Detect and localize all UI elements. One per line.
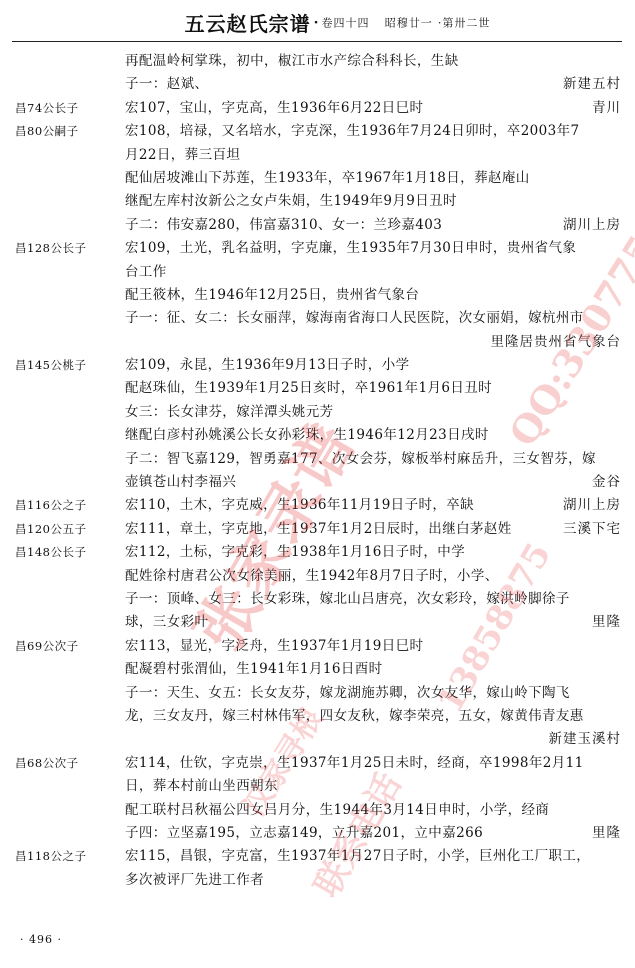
entry-text: 台工作 [125, 261, 167, 284]
genealogy-entries: 再配温岭柯掌珠，初中，椒江市水产综合科科长，生缺 子一：赵斌、新建五村 昌74公… [0, 50, 635, 892]
generation-relation: 昌68公次子 [15, 752, 79, 775]
entry-line: 昌128公长子宏109，土光，乳名益明，字克廉，生1935年7月30日申时，贵州… [0, 237, 635, 260]
entry-text: 子四：立坚嘉195，立志嘉149，立升嘉201，立中嘉266 [125, 822, 483, 845]
entry-line: 子二：智飞嘉129，智勇嘉177、次女会芬，嫁板举村麻岳升，三女智芬，嫁 [0, 448, 635, 471]
header-separator: · [314, 15, 319, 31]
residence-place: 青川 [592, 97, 621, 120]
entry-line: 昌69公次子宏113，显光，字泛舟，生1937年1月19日巳时 [0, 635, 635, 658]
entry-text: 宏111，章土，字克地，生1937年1月2日辰时，出继白茅赵姓 [125, 518, 512, 541]
entry-text: 女三：长女津芬，嫁洋潭头姚元芳 [125, 401, 334, 424]
entry-line: 子四：立坚嘉195，立志嘉149，立升嘉201，立中嘉266里隆 [0, 822, 635, 845]
entry-line: 继配白彦村孙姚溪公长女孙彩珠，生1946年12月23日戌时 [0, 424, 635, 447]
entry-text: 子一：征、女二：长女丽萍，嫁海南省海口人民医院，次女丽娟，嫁杭州市 [125, 307, 584, 330]
entry-line: 月22日，葬三百坦 [0, 144, 635, 167]
entry-line: 继配左库村汝新公之女卢朱娟，生1949年9月9日丑时 [0, 190, 635, 213]
entry-text: 子一：顶峰、女三：长女彩珠，嫁北山吕唐亮，次女彩玲，嫁洪岭脚徐子 [125, 588, 570, 611]
entry-line: 壶镇苍山村李福兴金谷 [0, 471, 635, 494]
entry-line: 再配温岭柯掌珠，初中，椒江市水产综合科科长，生缺 [0, 50, 635, 73]
generation-relation: 昌80公嗣子 [15, 120, 79, 143]
entry-text: 日，葬本村前山坐西朝东 [125, 775, 278, 798]
entry-line: 昌145公桃子宏109，永昆，生1936年9月13日子时，小学 [0, 354, 635, 377]
residence-place: 金谷 [592, 471, 621, 494]
entry-text: 子二：伟安嘉280，伟富嘉310、女一：兰珍嘉403 [125, 214, 442, 237]
entry-text: 配工联村吕秋福公四女吕月分，生1944年3月14日申时，小学，经商 [125, 799, 549, 822]
residence-place: 三溪下宅 [563, 518, 621, 541]
residence-place: 里隆居贵州省气象台 [491, 331, 622, 354]
entry-line: 台工作 [0, 261, 635, 284]
header-rule [12, 41, 622, 42]
branch-label: 昭穆廿一 [385, 17, 433, 30]
entry-text: 子一：赵斌、 [125, 73, 208, 96]
entry-text: 配姓徐村唐君公次女徐美丽，生1942年8月7日子时，小学、 [125, 565, 499, 588]
entry-text: 宏108，培禄，又名培水，字克深，生1936年7月24日卯时，卒2003年7 [125, 120, 580, 143]
entry-line: 昌68公次子宏114，仕钦，字克崇，生1937年1月25日未时，经商，卒1998… [0, 752, 635, 775]
entry-line: 配赵珠仙，生1939年1月25日亥时，卒1961年1月6日丑时 [0, 377, 635, 400]
entry-text: 配仙居坡滩山下苏莲，生1933年，卒1967年1月18日，葬赵庵山 [125, 167, 530, 190]
entry-text: 宏110，土木，字克威，生1936年11月19日子时，卒缺 [125, 494, 474, 517]
entry-line: 新建玉溪村 [0, 728, 635, 751]
entry-line: 配姓徐村唐君公次女徐美丽，生1942年8月7日子时，小学、 [0, 565, 635, 588]
entry-text: 配王筱林，生1946年12月25日，贵州省气象台 [125, 284, 419, 307]
entry-text: 继配白彦村孙姚溪公长女孙彩珠，生1946年12月23日戌时 [125, 424, 489, 447]
entry-text: 壶镇苍山村李福兴 [125, 471, 236, 494]
generation-relation: 昌116公之子 [15, 494, 86, 517]
entry-line: 女三：长女津芬，嫁洋潭头姚元芳 [0, 401, 635, 424]
entry-text: 子二：智飞嘉129，智勇嘉177、次女会芬，嫁板举村麻岳升，三女智芬，嫁 [125, 448, 596, 471]
entry-text: 宏112，土标，字克彩，生1938年1月16日子时，中学 [125, 541, 465, 564]
entry-text: 宏109，土光，乳名益明，字克廉，生1935年7月30日申时，贵州省气象 [125, 237, 576, 260]
generation-relation: 昌145公桃子 [15, 354, 86, 377]
entry-text: 子一：天生、女五：长女友芬，嫁龙湖施苏卿，次女友华，嫁山岭下陶飞 [125, 682, 570, 705]
page-number: · 496 · [20, 933, 62, 946]
entry-text: 宏115，昌银，字克富，生1937年1月27日子时，小学，巨州化工厂职工， [125, 845, 590, 868]
generation-relation: 昌74公长子 [15, 97, 79, 120]
residence-place: 湖川上房 [563, 494, 621, 517]
entry-line: 配王筱林，生1946年12月25日，贵州省气象台 [0, 284, 635, 307]
entry-text: 再配温岭柯掌珠，初中，椒江市水产综合科科长，生缺 [125, 50, 459, 73]
entry-text: 宏113，显光，字泛舟，生1937年1月19日巳时 [125, 635, 423, 658]
entry-line: 昌80公嗣子宏108，培禄，又名培水，字克深，生1936年7月24日卯时，卒20… [0, 120, 635, 143]
entry-line: 龙，三女友丹，嫁三村林伟军，四女友秋，嫁李荣亮，五女，嫁黄伟青友惠 [0, 705, 635, 728]
entry-line: 配仙居坡滩山下苏莲，生1933年，卒1967年1月18日，葬赵庵山 [0, 167, 635, 190]
entry-line: 多次被评厂先进工作者 [0, 869, 635, 892]
generation-relation: 昌128公长子 [15, 237, 86, 260]
entry-line: 子二：伟安嘉280，伟富嘉310、女一：兰珍嘉403湖川上房 [0, 214, 635, 237]
generation-relation: 昌148公长子 [15, 541, 86, 564]
entry-text: 配赵珠仙，生1939年1月25日亥时，卒1961年1月6日丑时 [125, 377, 492, 400]
entry-line: 配工联村吕秋福公四女吕月分，生1944年3月14日申时，小学，经商 [0, 799, 635, 822]
residence-place: 新建五村 [563, 73, 621, 96]
entry-line: 昌74公长子宏107，宝山，字克高，生1936年6月22日巳时青川 [0, 97, 635, 120]
entry-line: 日，葬本村前山坐西朝东 [0, 775, 635, 798]
residence-place: 里隆 [592, 822, 621, 845]
entry-line: 里隆居贵州省气象台 [0, 331, 635, 354]
entry-text: 龙，三女友丹，嫁三村林伟军，四女友秋，嫁李荣亮，五女，嫁黄伟青友惠 [125, 705, 584, 728]
entry-line: 昌120公五子宏111，章土，字克地，生1937年1月2日辰时，出继白茅赵姓三溪… [0, 518, 635, 541]
generation-relation: 昌118公之子 [15, 845, 86, 868]
entry-text: 球，三女彩叶 [125, 611, 208, 634]
entry-text: 多次被评厂先进工作者 [125, 869, 264, 892]
volume-label: 卷四十四 [322, 17, 370, 30]
entry-line: 子一：征、女二：长女丽萍，嫁海南省海口人民医院，次女丽娟，嫁杭州市 [0, 307, 635, 330]
entry-text: 继配左库村汝新公之女卢朱娟，生1949年9月9日丑时 [125, 190, 457, 213]
entry-line: 昌116公之子宏110，土木，字克威，生1936年11月19日子时，卒缺湖川上房 [0, 494, 635, 517]
residence-place: 新建玉溪村 [549, 728, 622, 751]
entry-line: 子一：赵斌、新建五村 [0, 73, 635, 96]
residence-place: 湖川上房 [563, 214, 621, 237]
entry-text: 配凝碧村张渭仙，生1941年1月16日酉时 [125, 658, 383, 681]
entry-text: 宏109，永昆，生1936年9月13日子时，小学 [125, 354, 410, 377]
residence-place: 里隆 [592, 611, 621, 634]
book-title: 五云赵氏宗谱 [185, 12, 311, 36]
generation-label: ·第卅二世 [438, 17, 491, 30]
entry-line: 昌148公长子宏112，土标，字克彩，生1938年1月16日子时，中学 [0, 541, 635, 564]
entry-line: 昌118公之子宏115，昌银，字克富，生1937年1月27日子时，小学，巨州化工… [0, 845, 635, 868]
entry-text: 宏107，宝山，字克高，生1936年6月22日巳时 [125, 97, 423, 120]
entry-text: 宏114，仕钦，字克崇，生1937年1月25日未时，经商，卒1998年2月11 [125, 752, 584, 775]
entry-line: 子一：天生、女五：长女友芬，嫁龙湖施苏卿，次女友华，嫁山岭下陶飞 [0, 682, 635, 705]
generation-relation: 昌69公次子 [15, 635, 79, 658]
entry-line: 配凝碧村张渭仙，生1941年1月16日酉时 [0, 658, 635, 681]
genealogy-page: 五云赵氏宗谱·卷四十四 昭穆廿一 ·第卅二世 再配温岭柯掌珠，初中，椒江市水产综… [0, 0, 635, 968]
generation-relation: 昌120公五子 [15, 518, 86, 541]
entry-line: 球，三女彩叶里隆 [0, 611, 635, 634]
entry-text: 月22日，葬三百坦 [125, 144, 240, 167]
page-header: 五云赵氏宗谱·卷四十四 昭穆廿一 ·第卅二世 [0, 8, 635, 42]
entry-line: 子一：顶峰、女三：长女彩珠，嫁北山吕唐亮，次女彩玲，嫁洪岭脚徐子 [0, 588, 635, 611]
